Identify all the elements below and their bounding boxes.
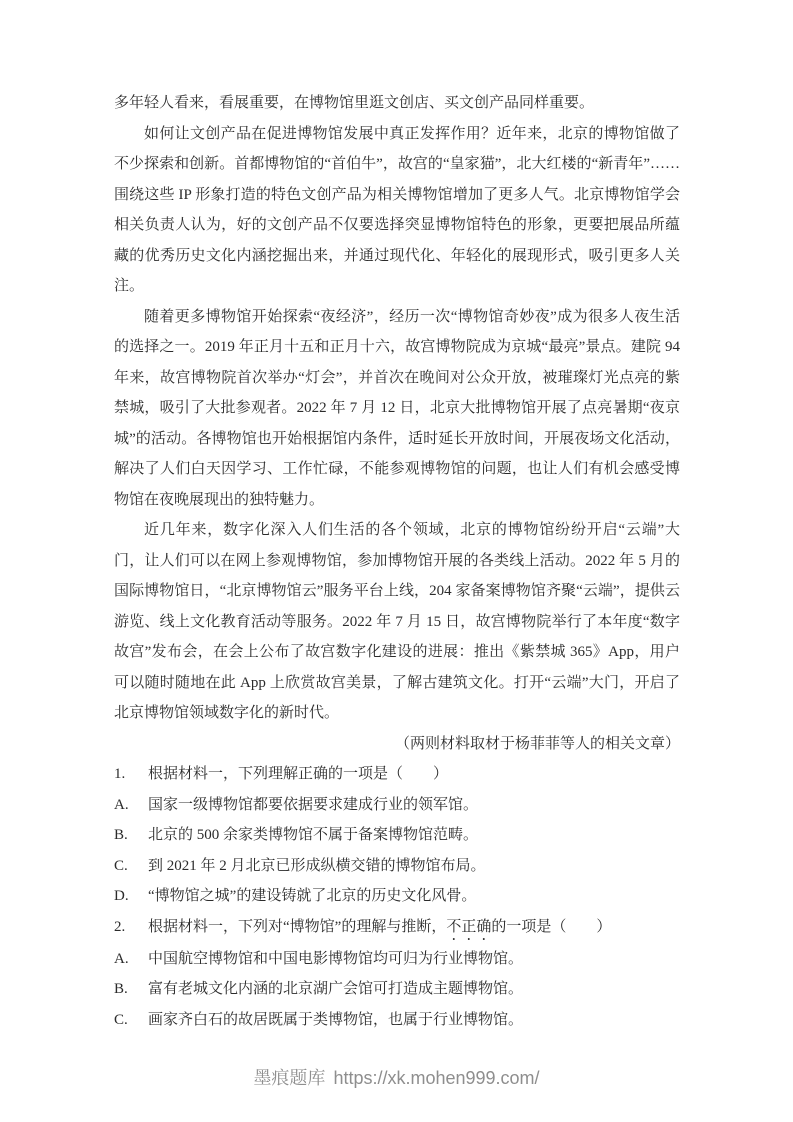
question-1-option-d: D.“博物馆之城”的建设铸就了北京的历史文化风骨。	[114, 881, 680, 912]
document-body: 多年轻人看来，看展重要，在博物馆里逛文创店、买文创产品同样重要。 如何让文创产品…	[114, 88, 680, 1035]
option-label: C.	[114, 1005, 148, 1036]
option-text: 中国航空博物馆和中国电影博物馆均可归为行业博物馆。	[148, 951, 523, 967]
article-paragraph: 近几年来，数字化深入人们生活的各个领域，北京的博物馆纷纷开启“云端”大门，让人们…	[114, 515, 680, 729]
question-1: 1.根据材料一，下列理解正确的一项是（ ） A.国家一级博物馆都要依据要求建成行…	[114, 759, 680, 912]
option-text: 画家齐白石的故居既属于类博物馆，也属于行业博物馆。	[148, 1012, 523, 1028]
question-1-option-b: B.北京的 500 余家类博物馆不属于备案博物馆范畴。	[114, 820, 680, 851]
option-label: A.	[114, 790, 148, 821]
option-text: 富有老城文化内涵的北京湖广会馆可打造成主题博物馆。	[148, 981, 523, 997]
article-paragraph: 多年轻人看来，看展重要，在博物馆里逛文创店、买文创产品同样重要。	[114, 88, 680, 119]
question-2-stem: 2.根据材料一，下列对“博物馆”的理解与推断，不正确的一项是（ ）	[114, 912, 680, 944]
option-text: “博物馆之城”的建设铸就了北京的历史文化风骨。	[148, 888, 476, 904]
question-1-option-a: A.国家一级博物馆都要依据要求建成行业的领军馆。	[114, 790, 680, 821]
option-label: A.	[114, 944, 148, 975]
site-url: https://xk.mohen999.com/	[333, 1068, 539, 1088]
question-2-option-c: C.画家齐白石的故居既属于类博物馆，也属于行业博物馆。	[114, 1005, 680, 1036]
question-text: 的一项是（ ）	[491, 919, 611, 935]
article-paragraph: 如何让文创产品在促进博物馆发展中真正发挥作用？近年来，北京的博物馆做了不少探索和…	[114, 119, 680, 302]
question-1-stem: 1.根据材料一，下列理解正确的一项是（ ）	[114, 759, 680, 790]
option-label: B.	[114, 820, 148, 851]
question-1-option-c: C.到 2021 年 2 月北京已形成纵横交错的博物馆布局。	[114, 851, 680, 882]
source-attribution: （两则材料取材于杨菲菲等人的相关文章）	[114, 729, 680, 760]
exam-page: { "page": { "text_color": "#2b2b2b", "fo…	[0, 0, 793, 1122]
option-label: C.	[114, 851, 148, 882]
option-label: B.	[114, 974, 148, 1005]
question-2-option-a: A.中国航空博物馆和中国电影博物馆均可归为行业博物馆。	[114, 944, 680, 975]
question-text: 根据材料一，下列对“博物馆”的理解与推断，	[148, 919, 446, 935]
site-name: 墨痕题库	[253, 1068, 325, 1088]
option-label: D.	[114, 881, 148, 912]
article-paragraph: 随着更多博物馆开始探索“夜经济”，经历一次“博物馆奇妙夜”成为很多人夜生活的选择…	[114, 302, 680, 516]
question-number: 2.	[114, 912, 148, 943]
watermark-footer: 墨痕题库https://xk.mohen999.com/	[0, 1066, 793, 1090]
option-text: 北京的 500 余家类博物馆不属于备案博物馆范畴。	[148, 827, 478, 843]
emphasized-text: 不正确	[446, 919, 491, 935]
question-2-option-b: B.富有老城文化内涵的北京湖广会馆可打造成主题博物馆。	[114, 974, 680, 1005]
option-text: 到 2021 年 2 月北京已形成纵横交错的博物馆布局。	[148, 858, 486, 874]
question-2: 2.根据材料一，下列对“博物馆”的理解与推断，不正确的一项是（ ） A.中国航空…	[114, 912, 680, 1036]
option-text: 国家一级博物馆都要依据要求建成行业的领军馆。	[148, 797, 478, 813]
question-text: 根据材料一，下列理解正确的一项是（ ）	[148, 766, 448, 782]
question-number: 1.	[114, 759, 148, 790]
